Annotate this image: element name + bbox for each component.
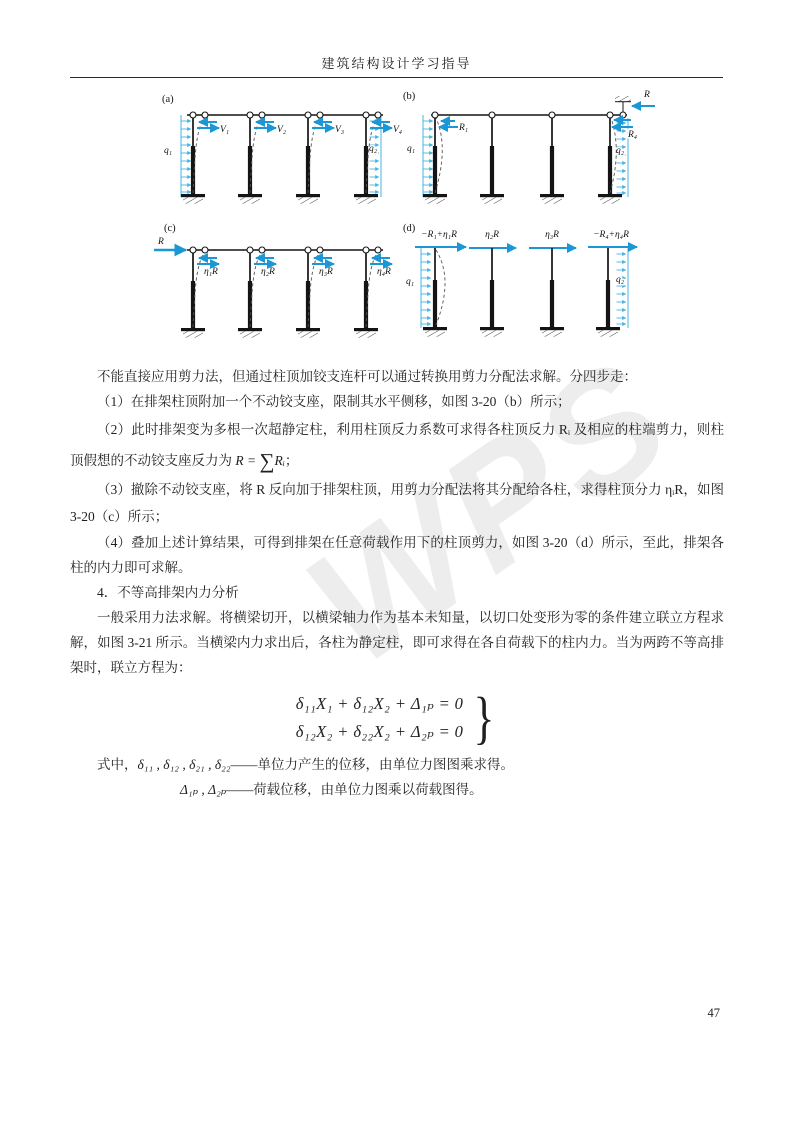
delta-text: 荷载位移，由单位力图乘以荷载图得。 [253, 782, 483, 797]
panel-a-q1-load: q₁ [164, 115, 191, 197]
panel-c-r-arrow: R [154, 237, 186, 250]
document-page: 建筑结构设计学习指导 (a) q₁ q₂ [0, 0, 793, 1122]
panel-c-column-4: η₄R [354, 247, 392, 338]
panel-d-q2-label: q₂ [616, 275, 625, 285]
panel-a-v3-label: V₃ [335, 125, 344, 135]
paragraph-step3: （3）撤除不动铰支座，将 R 反向加于排架柱顶，用剪力分配法将其分配给各柱，求得… [70, 476, 724, 530]
where-symbols: δ₁₁ , δ₁₂ , δ₂₁ , δ₂₂ [138, 757, 231, 772]
page-number: 47 [708, 1006, 721, 1021]
panel-c-tag: (c) [164, 223, 176, 234]
panel-a-column-1: V₁ [181, 112, 229, 204]
figure-panel-b: (b) q₁ q₂ R [395, 85, 661, 217]
delta-symbols: Δ₁ₚ , Δ₂ₚ [180, 782, 226, 797]
panel-d-q2-load: q₂ [616, 248, 628, 328]
panel-c-column-3: η₃R [296, 247, 334, 338]
panel-d-f2-label: η₂R [485, 230, 499, 240]
where-text: 单位力产生的位移，由单位力图图乘求得。 [258, 757, 515, 772]
body-text: 不能直接应用剪力法，但通过柱顶加铰支连杆可以通过转换用剪力分配法求解。分四步走：… [70, 364, 724, 802]
panel-b-column-2 [480, 112, 504, 204]
panel-c-column-2: η₂R [238, 247, 276, 338]
step2-tail: ； [285, 453, 299, 468]
paragraph-delta: Δ₁ₚ , Δ₂ₚ——荷载位移，由单位力图乘以荷载图得。 [70, 777, 724, 802]
equation-block: δ₁₁X₁ + δ₁₂X₂ + Δ₁ₚ = 0 δ₁₂X₂ + δ₂₂X₂ + … [70, 690, 724, 746]
delta-dash: —— [226, 782, 253, 797]
equation-brace: } [474, 690, 495, 746]
panel-b-r4-label: R₄ [627, 130, 637, 140]
panel-b-q1-load: q₁ [407, 115, 433, 197]
figure-panel-c: (c) R η₁R η₂R [150, 216, 408, 348]
figure-panel-d: (d) q₁ q₂ −R₁+η₁R η₂R [395, 216, 661, 348]
step2-text: （2）此时排架变为多根一次超静定柱，利用柱顶反力系数可求得各柱顶反力 Rᵢ 及相… [70, 422, 724, 468]
panel-b-q1-label: q₁ [407, 144, 415, 154]
paragraph-method: 一般采用力法求解。将横梁切开，以横梁轴力作为基本未知量，以切口处变形为零的条件建… [70, 605, 724, 680]
panel-d-column-4: −R₄+η₄R [588, 230, 637, 337]
equation-line-1: δ₁₁X₁ + δ₁₂X₂ + Δ₁ₚ = 0 [296, 690, 464, 718]
panel-d-column-2: η₂R [469, 230, 516, 337]
page-header-title: 建筑结构设计学习指导 [0, 53, 793, 72]
panel-b-tag: (b) [403, 91, 416, 102]
paragraph-intro: 不能直接应用剪力法，但通过柱顶加铰支连杆可以通过转换用剪力分配法求解。分四步走： [70, 364, 724, 389]
where-prefix: 式中， [97, 757, 138, 772]
paragraph-step1: （1）在排架柱顶附加一个不动铰支座，限制其水平侧移，如图 3-20（b）所示； [70, 389, 724, 414]
step2-formula-rhs: Rᵢ [274, 453, 284, 468]
panel-c-f4-label: η₄R [377, 267, 391, 277]
panel-b-q2-load: q₂ [616, 118, 628, 197]
equation-lines: δ₁₁X₁ + δ₁₂X₂ + Δ₁ₚ = 0 δ₁₂X₂ + δ₂₂X₂ + … [296, 690, 464, 746]
panel-d-f4-label: −R₄+η₄R [593, 230, 629, 240]
heading-section4: 4．不等高排架内力分析 [70, 580, 724, 605]
panel-b-q2-label: q₂ [616, 146, 625, 156]
panel-c-f2-label: η₂R [261, 267, 275, 277]
step2-formula-lhs: R = [235, 453, 259, 468]
panel-d-column-1: −R₁+η₁R [415, 230, 466, 337]
equation-line-2: δ₁₂X₂ + δ₂₂X₂ + Δ₂ₚ = 0 [296, 718, 464, 746]
where-dash: —— [231, 757, 258, 772]
panel-a-column-3: V₃ [296, 112, 344, 204]
panel-a-v1-label: V₁ [220, 125, 229, 135]
figure-panel-a: (a) q₁ q₂ V₁ [150, 85, 408, 217]
panel-b-column-3 [540, 112, 564, 204]
panel-d-q1-load: q₁ [406, 248, 431, 328]
panel-a-tag: (a) [162, 94, 174, 105]
panel-a-column-2: V₂ [238, 112, 287, 204]
panel-b-column-4: R₄ [598, 112, 637, 204]
paragraph-step2: （2）此时排架变为多根一次超静定柱，利用柱顶反力系数可求得各柱顶反力 Rᵢ 及相… [70, 414, 724, 476]
panel-a-v2-label: V₂ [277, 125, 287, 135]
panel-c-f3-label: η₃R [319, 267, 333, 277]
paragraph-step4: （4）叠加上述计算结果，可得到排架在任意荷载作用下的柱顶剪力，如图 3-20（d… [70, 530, 724, 580]
panel-b-column-1: R₁ [423, 112, 468, 204]
panel-b-r1-label: R₁ [458, 123, 468, 133]
panel-a-q2-label: q₂ [369, 144, 378, 154]
panel-d-column-3: η₃R [529, 230, 576, 337]
sigma-symbol: ∑ [259, 449, 274, 473]
panel-b-r-label: R [643, 90, 650, 100]
panel-d-f1-label: −R₁+η₁R [421, 230, 457, 240]
paragraph-where: 式中，δ₁₁ , δ₁₂ , δ₂₁ , δ₂₂——单位力产生的位移，由单位力图… [70, 752, 724, 777]
panel-a-q1-label: q₁ [164, 146, 172, 156]
panel-c-column-1: η₁R [181, 247, 219, 338]
panel-d-q1-label: q₁ [406, 277, 414, 287]
panel-d-f3-label: η₃R [545, 230, 559, 240]
panel-c-f1-label: η₁R [204, 267, 218, 277]
panel-d-tag: (d) [403, 223, 416, 234]
header-rule [70, 77, 723, 78]
panel-c-r-label: R [157, 237, 164, 247]
panel-b-r-arrow: R [632, 90, 655, 106]
